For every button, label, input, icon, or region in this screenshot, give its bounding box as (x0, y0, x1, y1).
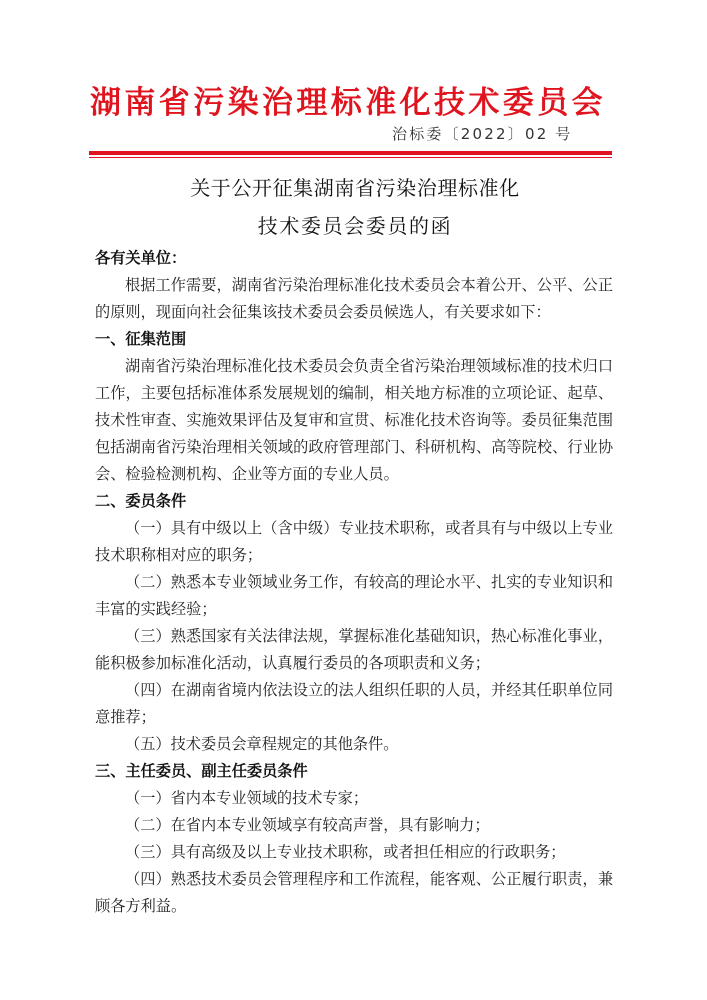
section-paragraph: （三）具有高级及以上专业技术职称，或者担任相应的行政职务； (95, 839, 613, 866)
salutation: 各有关单位： (95, 245, 613, 272)
section-paragraph: （一）省内本专业领域的技术专家； (95, 785, 613, 812)
header-divider-thin (89, 157, 612, 158)
section-paragraph: （一）具有中级以上（含中级）专业技术职称，或者具有与中级以上专业技术职称相对应的… (95, 515, 613, 569)
section-heading-scope: 一、征集范围 (95, 326, 613, 353)
section-paragraph: 湖南省污染治理标准化技术委员会负责全省污染治理领域标准的技术归口工作，主要包括标… (95, 353, 613, 488)
document-body: 各有关单位： 根据工作需要，湖南省污染治理标准化技术委员会本着公开、公平、公正的… (95, 245, 613, 920)
section-paragraph: （二）熟悉本专业领域业务工作，有较高的理论水平、扎实的专业知识和丰富的实践经验； (95, 569, 613, 623)
header-divider-thick (89, 151, 612, 155)
section-heading-chair-conditions: 三、主任委员、副主任委员条件 (95, 758, 613, 785)
organization-header: 湖南省污染治理标准化技术委员会 (90, 84, 602, 122)
section-paragraph: （四）熟悉技术委员会管理程序和工作流程，能客观、公正履行职责，兼顾各方利益。 (95, 866, 613, 920)
document-number: 治标委〔2022〕02 号 (392, 124, 573, 144)
section-paragraph: （四）在湖南省境内依法设立的法人组织任职的人员，并经其任职单位同意推荐； (95, 677, 613, 731)
document-title-line-1: 关于公开征集湖南省污染治理标准化 (89, 174, 621, 202)
section-paragraph: （二）在省内本专业领域享有较高声誉，具有影响力； (95, 812, 613, 839)
document-title-line-2: 技术委员会委员的函 (89, 212, 621, 240)
section-paragraph: （三）熟悉国家有关法律法规，掌握标准化基础知识，热心标准化事业，能积极参加标准化… (95, 623, 613, 677)
section-heading-member-conditions: 二、委员条件 (95, 488, 613, 515)
section-paragraph: （五）技术委员会章程规定的其他条件。 (95, 731, 613, 758)
document-page: 湖南省污染治理标准化技术委员会 治标委〔2022〕02 号 关于公开征集湖南省污… (0, 0, 707, 1000)
intro-paragraph: 根据工作需要，湖南省污染治理标准化技术委员会本着公开、公平、公正的原则，现面向社… (95, 272, 613, 326)
